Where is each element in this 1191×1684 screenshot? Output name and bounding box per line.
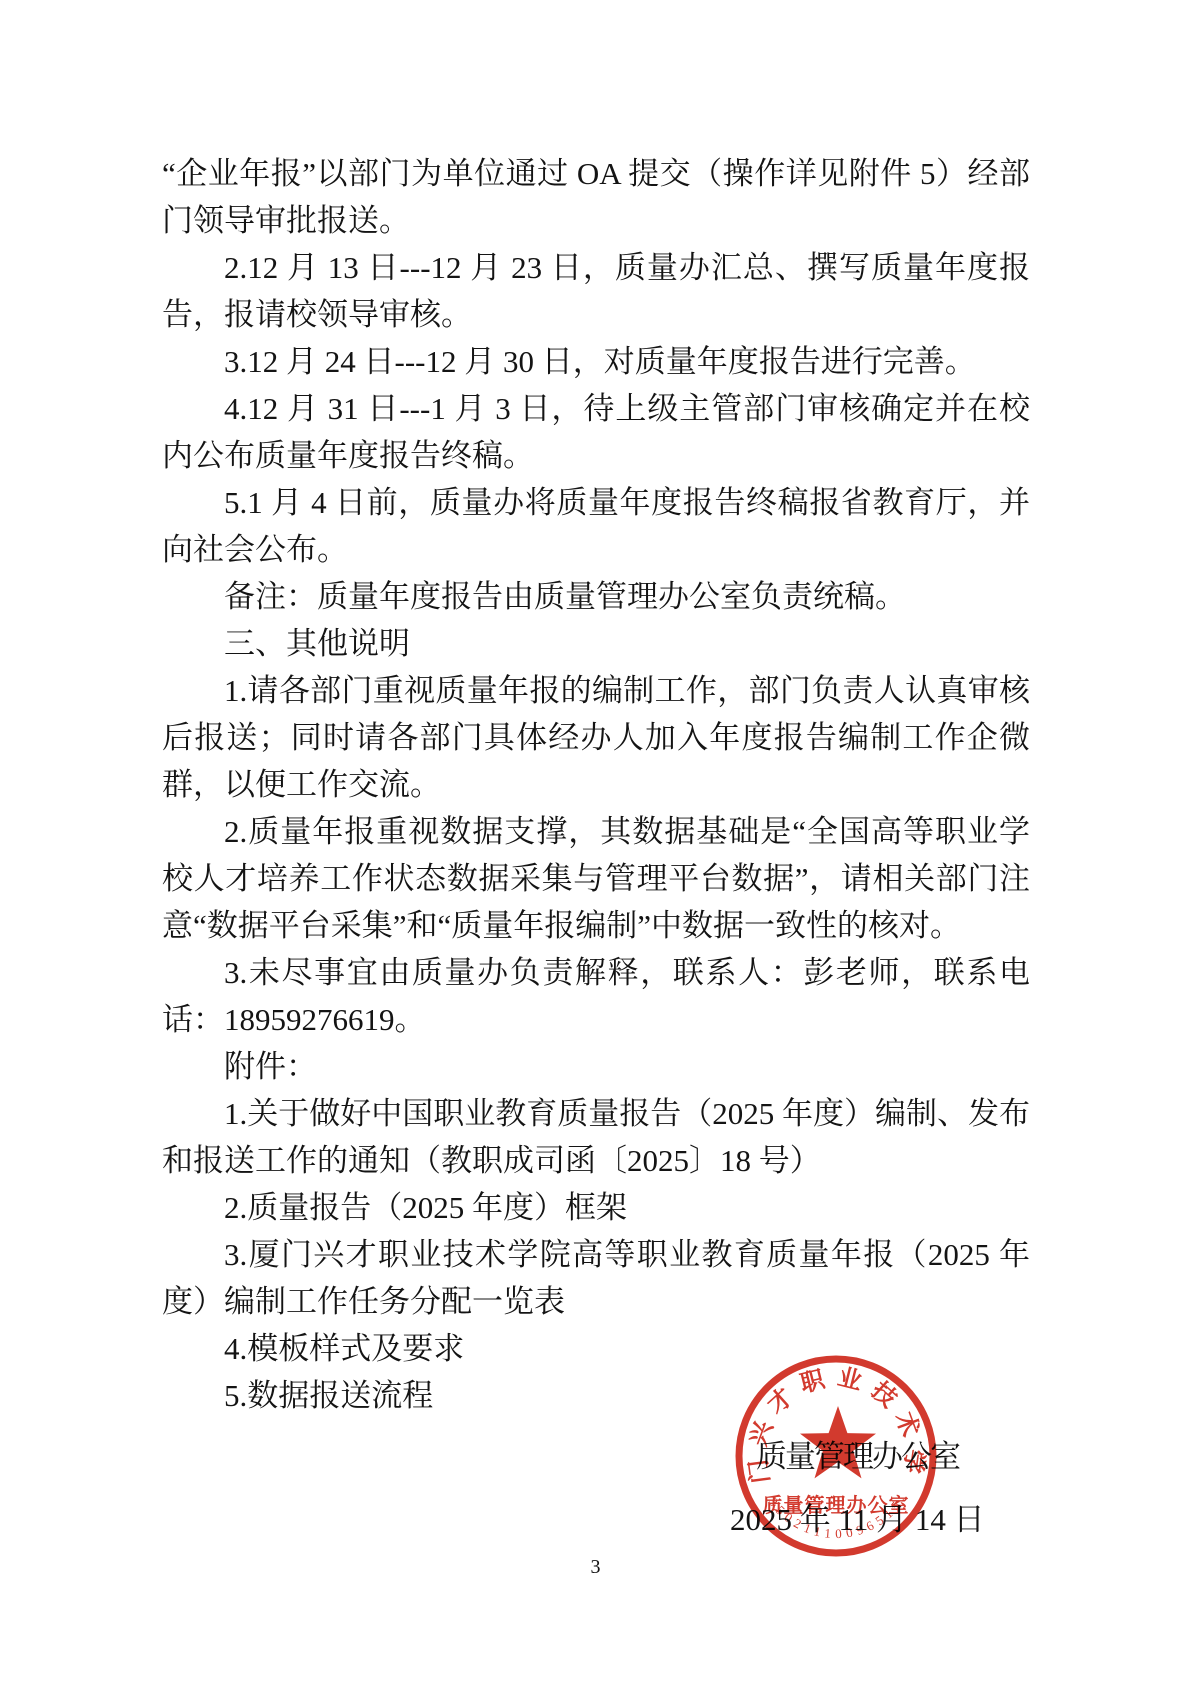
body-paragraph: 1.请各部门重视质量年报的编制工作，部门负责人认真审核后报送；同时请各部门具体经… <box>162 667 1030 808</box>
body-paragraph: 5.1 月 4 日前，质量办将质量年度报告终稿报省教育厅，并向社会公布。 <box>162 479 1030 573</box>
body-paragraph: 3.12 月 24 日---12 月 30 日，对质量年度报告进行完善。 <box>162 338 1030 385</box>
page-number: 3 <box>0 1556 1191 1579</box>
body-paragraph: 4.12 月 31 日---1 月 3 日，待上级主管部门审核确定并在校内公布质… <box>162 385 1030 479</box>
body-paragraph: 附件： <box>162 1043 1030 1090</box>
signature-date: 2025 年 11 月 14 日 <box>730 1494 985 1539</box>
document-page: “企业年报”以部门为单位通过 OA 提交（操作详见附件 5）经部门领导审批报送。… <box>0 0 1191 1684</box>
body-paragraph: 2.质量年报重视数据支撑，其数据基础是“全国高等职业学校人才培养工作状态数据采集… <box>162 808 1030 949</box>
body-paragraph: 三、其他说明 <box>162 620 1030 667</box>
body-paragraph: 2.质量报告（2025 年度）框架 <box>162 1184 1030 1231</box>
body-paragraph: 备注：质量年度报告由质量管理办公室负责统稿。 <box>162 573 1030 620</box>
body-paragraph: 3.厦门兴才职业技术学院高等职业教育质量年报（2025 年度）编制工作任务分配一… <box>162 1231 1030 1325</box>
body-paragraph: 4.模板样式及要求 <box>162 1325 1030 1372</box>
document-body: “企业年报”以部门为单位通过 OA 提交（操作详见附件 5）经部门领导审批报送。… <box>162 150 1030 1419</box>
body-paragraph: 1.关于做好中国职业教育质量报告（2025 年度）编制、发布和报送工作的通知（教… <box>162 1090 1030 1184</box>
body-paragraph: 3.未尽事宜由质量办负责解释，联系人：彭老师，联系电话：18959276619。 <box>162 949 1030 1043</box>
body-paragraph: 2.12 月 13 日---12 月 23 日，质量办汇总、撰写质量年度报告，报… <box>162 244 1030 338</box>
signature-office: 质量管理办公室 <box>756 1431 959 1476</box>
body-paragraph: “企业年报”以部门为单位通过 OA 提交（操作详见附件 5）经部门领导审批报送。 <box>162 150 1030 244</box>
body-paragraph: 5.数据报送流程 <box>162 1372 1030 1419</box>
